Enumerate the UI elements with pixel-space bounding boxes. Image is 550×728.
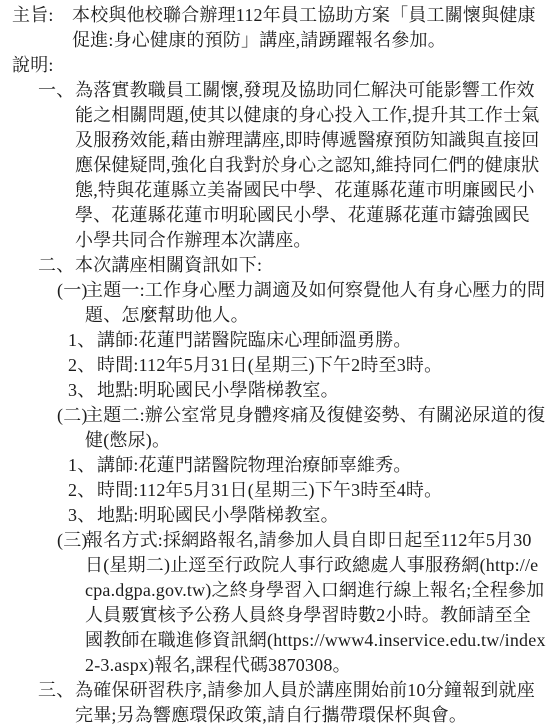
list-item-1-text: 為落實教職員工關懷,發現及協助同仁解決可能影響工作效能之相關問題,使其以健康的身… (75, 80, 539, 250)
subitem-3-text: 報名方式:採網路報名,請參加人員自即日起至112年5月30日(星期二)止逕至行政… (85, 530, 546, 675)
subitem-2-detail-1: 1、講師:花蓮門諾醫院物理治療師辜維秀。 (0, 453, 546, 478)
subitem-1-text: 主題一:工作身心壓力調適及如何察覺他人有身心壓力的問題、怎麼幫助他人。 (85, 280, 545, 325)
subitem-1-detail-3: 3、地點:明恥國民小學階梯教室。 (0, 378, 546, 403)
subitem-2-detail-2: 2、時間:112年5月31日(星期三)下午3時至4時。 (0, 478, 546, 503)
subitem-2-detail-3-text: 地點:明恥國民小學階梯教室。 (97, 505, 339, 525)
subitem-1-detail-1-num: 1、 (68, 328, 97, 353)
list-item-3: 三、為確保研習秩序,請參加人員於講座開始前10分鐘報到就座完畢;另為響應環保政策… (0, 678, 546, 728)
explanation-label: 說明: (0, 53, 546, 78)
subitem-1-num: (一) (57, 278, 85, 303)
subitem-1-detail-1: 1、講師:花蓮門諾醫院臨床心理師溫勇勝。 (0, 328, 546, 353)
subitem-1-detail-2-num: 2、 (68, 353, 97, 378)
subitem-2-detail-1-text: 講師:花蓮門諾醫院物理治療師辜維秀。 (97, 455, 412, 475)
list-item-2: 二、本次講座相關資訊如下: (0, 253, 546, 278)
list-item-1: 一、為落實教職員工關懷,發現及協助同仁解決可能影響工作效能之相關問題,使其以健康… (0, 78, 546, 253)
subject-text: 本校與他校聯合辦理112年員工協助方案「員工關懷與健康促進:身心健康的預防」講座… (72, 5, 536, 50)
subitem-2: (二)主題二:辦公室常見身體疼痛及復健姿勢、有關泌尿道的復健(憋尿)。 (0, 403, 546, 453)
subitem-3-registration: (三)報名方式:採網路報名,請參加人員自即日起至112年5月30日(星期二)止逕… (0, 528, 546, 678)
subitem-1-detail-3-num: 3、 (68, 378, 97, 403)
subitem-1-detail-2: 2、時間:112年5月31日(星期三)下午2時至3時。 (0, 353, 546, 378)
list-item-1-num: 一、 (38, 78, 75, 103)
explanation-label-text: 說明: (12, 55, 54, 75)
subitem-2-detail-2-num: 2、 (68, 478, 97, 503)
subitem-2-detail-3: 3、地點:明恥國民小學階梯教室。 (0, 503, 546, 528)
subitem-1-detail-2-text: 時間:112年5月31日(星期三)下午2時至3時。 (97, 355, 442, 375)
list-item-2-num: 二、 (38, 253, 75, 278)
subitem-3-num: (三) (57, 528, 85, 553)
subitem-2-num: (二) (57, 403, 85, 428)
subject-label: 主旨: (12, 3, 72, 28)
subitem-1-detail-1-text: 講師:花蓮門諾醫院臨床心理師溫勇勝。 (97, 330, 412, 350)
subitem-2-detail-3-num: 3、 (68, 503, 97, 528)
subitem-1-detail-3-text: 地點:明恥國民小學階梯教室。 (97, 380, 339, 400)
list-item-3-num: 三、 (38, 678, 75, 703)
document-page: 主旨:本校與他校聯合辦理112年員工協助方案「員工關懷與健康促進:身心健康的預防… (0, 0, 550, 728)
list-item-3-text: 為確保研習秩序,請參加人員於講座開始前10分鐘報到就座完畢;另為響應環保政策,請… (75, 680, 535, 725)
list-item-2-text: 本次講座相關資訊如下: (75, 255, 262, 275)
subitem-2-detail-2-text: 時間:112年5月31日(星期三)下午3時至4時。 (97, 480, 442, 500)
paragraph-subject: 主旨:本校與他校聯合辦理112年員工協助方案「員工關懷與健康促進:身心健康的預防… (0, 3, 546, 53)
subitem-1: (一)主題一:工作身心壓力調適及如何察覺他人有身心壓力的問題、怎麼幫助他人。 (0, 278, 546, 328)
subitem-2-text: 主題二:辦公室常見身體疼痛及復健姿勢、有關泌尿道的復健(憋尿)。 (85, 405, 545, 450)
subitem-2-detail-1-num: 1、 (68, 453, 97, 478)
